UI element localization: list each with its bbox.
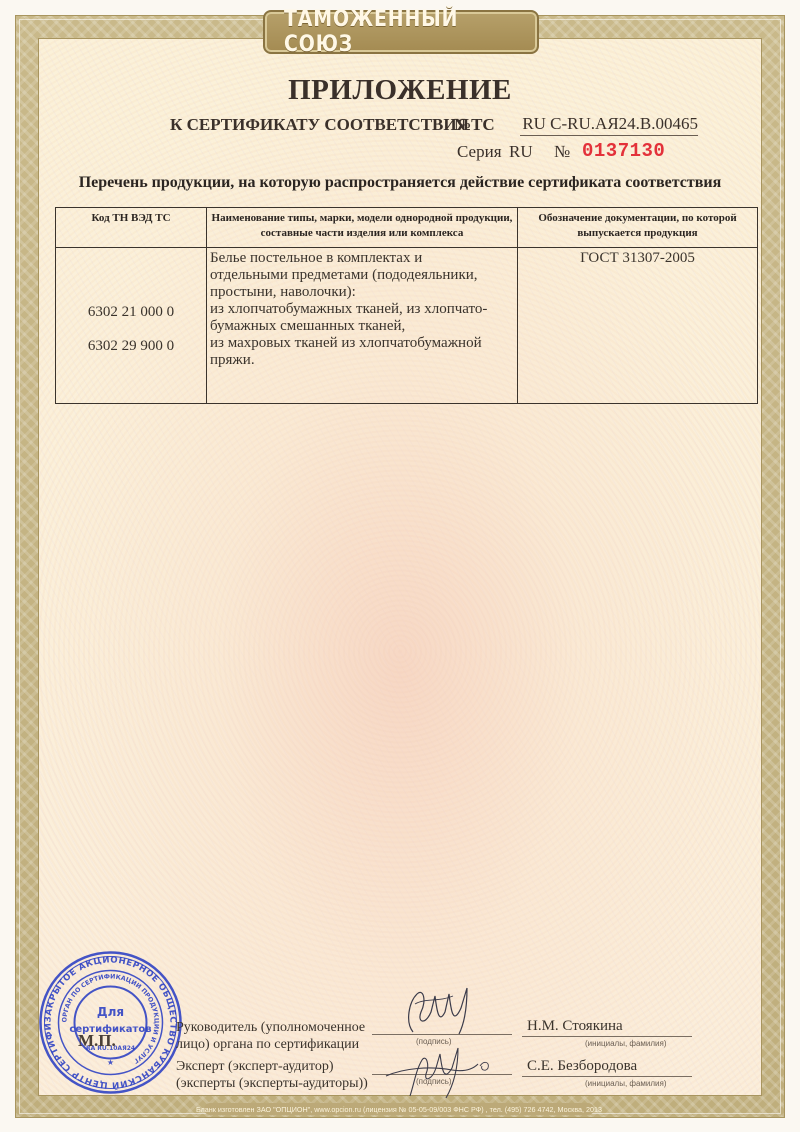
column-header-documentation: Обозначение документации, по которой вып… xyxy=(518,208,758,248)
description-line: пряжи. xyxy=(210,352,514,369)
head-name-line xyxy=(522,1036,692,1037)
head-label-line1: Руководитель (уполномоченное xyxy=(176,1019,365,1036)
series-value: RU xyxy=(509,142,533,162)
certificate-number-label: №ТС xyxy=(454,115,495,135)
expert-label-line1: Эксперт (эксперт-аудитор) xyxy=(176,1058,334,1075)
customs-union-banner: ТАМОЖЕННЫЙ СОЮЗ xyxy=(263,10,539,54)
column-header-product-name: Наименование типы, марки, модели однород… xyxy=(207,208,518,248)
description-line: из махровых тканей из хлопчатобумажной xyxy=(210,335,514,352)
certificate-reference: К СЕРТИФИКАТУ СООТВЕТСТВИЯ №ТС RU C-RU.А… xyxy=(170,115,710,137)
certification-seal-stamp: ЗАКРЫТОЕ АКЦИОНЕРНОЕ ОБЩЕСТВО КУБАНСКИЙ … xyxy=(38,950,183,1095)
form-number: 0137130 xyxy=(582,140,665,162)
expert-name: С.Е. Безбородова xyxy=(527,1058,637,1075)
head-name: Н.М. Стоякина xyxy=(527,1018,623,1035)
svg-text:Для: Для xyxy=(97,1005,124,1019)
expert-label-line2: (эксперты (эксперты-аудиторы)) xyxy=(176,1075,368,1092)
document-panel xyxy=(38,38,762,1096)
product-list-title: Перечень продукции, на которую распростр… xyxy=(0,174,800,192)
product-table: Код ТН ВЭД ТС Наименование типы, марки, … xyxy=(55,207,758,404)
certificate-number: RU C-RU.АЯ24.В.00465 xyxy=(520,114,698,136)
description-line: Белье постельное в комплектах и xyxy=(210,250,514,267)
banner-text: ТАМОЖЕННЫЙ СОЮЗ xyxy=(284,7,518,57)
documentation-cell: ГОСТ 31307-2005 xyxy=(518,248,758,404)
page-title: ПРИЛОЖЕНИЕ xyxy=(0,74,800,107)
seal-place-label: М.П. xyxy=(78,1031,116,1051)
expert-handwritten-signature xyxy=(380,1040,500,1100)
footer-text: Бланк изготовлен ЗАО "ОПЦИОН", www.opcio… xyxy=(196,1105,602,1114)
table-header-row: Код ТН ВЭД ТС Наименование типы, марки, … xyxy=(56,208,758,248)
tn-ved-code: 6302 29 900 0 xyxy=(56,338,206,355)
form-number-label: № xyxy=(554,142,570,162)
expert-name-line xyxy=(522,1076,692,1077)
series-reference: Серия RU № 0137130 xyxy=(457,140,717,164)
svg-text:★: ★ xyxy=(107,1058,114,1067)
column-header-code: Код ТН ВЭД ТС xyxy=(56,208,207,248)
certificate-label: К СЕРТИФИКАТУ СООТВЕТСТВИЯ xyxy=(170,115,469,135)
description-line: отдельными предметами (пододеяльники, xyxy=(210,267,514,284)
head-handwritten-signature xyxy=(395,982,485,1037)
description-line: бумажных смешанных тканей, xyxy=(210,318,514,335)
head-name-caption: (инициалы, фамилия) xyxy=(585,1039,667,1048)
head-label-line2: лицо) органа по сертификации xyxy=(176,1036,359,1053)
form-printer-footer: Бланк изготовлен ЗАО "ОПЦИОН", www.opcio… xyxy=(204,1103,594,1115)
description-line: из хлопчатобумажных тканей, из хлопчато- xyxy=(210,301,514,318)
code-cell: 6302 21 000 0 6302 29 900 0 xyxy=(56,248,207,404)
tn-ved-code: 6302 21 000 0 xyxy=(56,304,206,321)
table-row: 6302 21 000 0 6302 29 900 0 Белье постел… xyxy=(56,248,758,404)
series-label: Серия xyxy=(457,142,502,162)
description-cell: Белье постельное в комплектах и отдельны… xyxy=(207,248,518,404)
description-line: простыни, наволочки): xyxy=(210,284,514,301)
expert-name-caption: (инициалы, фамилия) xyxy=(585,1079,667,1088)
